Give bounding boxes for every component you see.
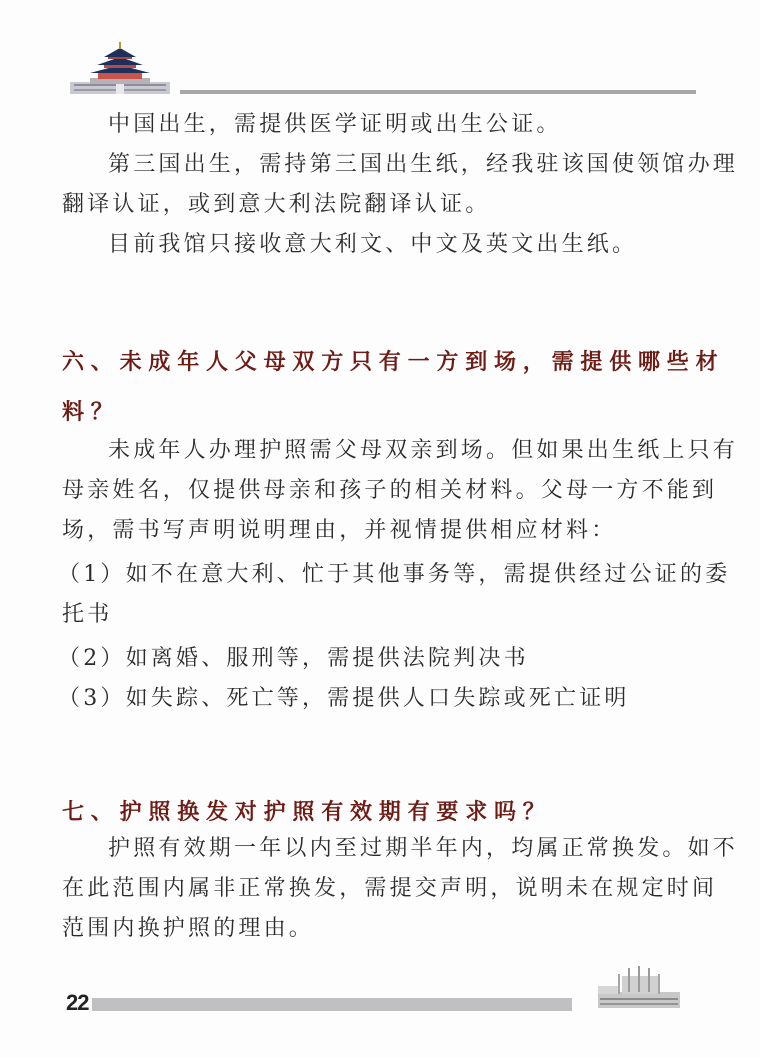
section-7-body-1: 护照有效期一年以内至过期半年内，均属正常换发。如不 <box>62 830 702 868</box>
section-6-heading-cont: 料？ <box>62 386 120 438</box>
section-6-item-2: （2）如离婚、服刑等，需提供法院判决书 <box>58 640 698 678</box>
intro-line-2: 第三国出生，需持第三国出生纸，经我驻该国使领馆办理 <box>62 146 702 184</box>
section-7-body-3: 范围内换护照的理由。 <box>62 910 702 948</box>
section-6-item-3: （3）如失踪、死亡等，需提供人口失踪或死亡证明 <box>58 680 698 718</box>
page-footer: 22 <box>62 988 692 1028</box>
page-header <box>70 38 690 98</box>
section-6-heading: 六、未成年人父母双方只有一方到场，需提供哪些材 <box>62 336 724 388</box>
section-6-item-1: （1）如不在意大利、忙于其他事务等，需提供经过公证的委 <box>58 556 698 594</box>
section-6-body-2: 母亲姓名，仅提供母亲和孩子的相关材料。父母一方不能到 <box>62 472 702 510</box>
intro-line-4: 目前我馆只接收意大利文、中文及英文出生纸。 <box>62 226 702 264</box>
temple-of-heaven-icon <box>70 38 170 96</box>
intro-line-1: 中国出生，需提供医学证明或出生公证。 <box>62 106 702 144</box>
footer-rule <box>92 998 572 1011</box>
page-number: 22 <box>66 990 88 1016</box>
section-6-body-1: 未成年人办理护照需父母双亲到场。但如果出生纸上只有 <box>62 432 702 470</box>
intro-line-3: 翻译认证，或到意大利法院翻译认证。 <box>62 186 702 224</box>
section-6-item-1-cont: 托书 <box>62 596 702 634</box>
section-7-body-2: 在此范围内属非正常换发，需提交声明，说明未在规定时间 <box>62 870 702 908</box>
header-rule <box>180 90 696 94</box>
milan-cathedral-icon <box>598 966 680 1010</box>
section-6-body-3: 场，需书写声明说明理由，并视情提供相应材料： <box>62 512 702 550</box>
